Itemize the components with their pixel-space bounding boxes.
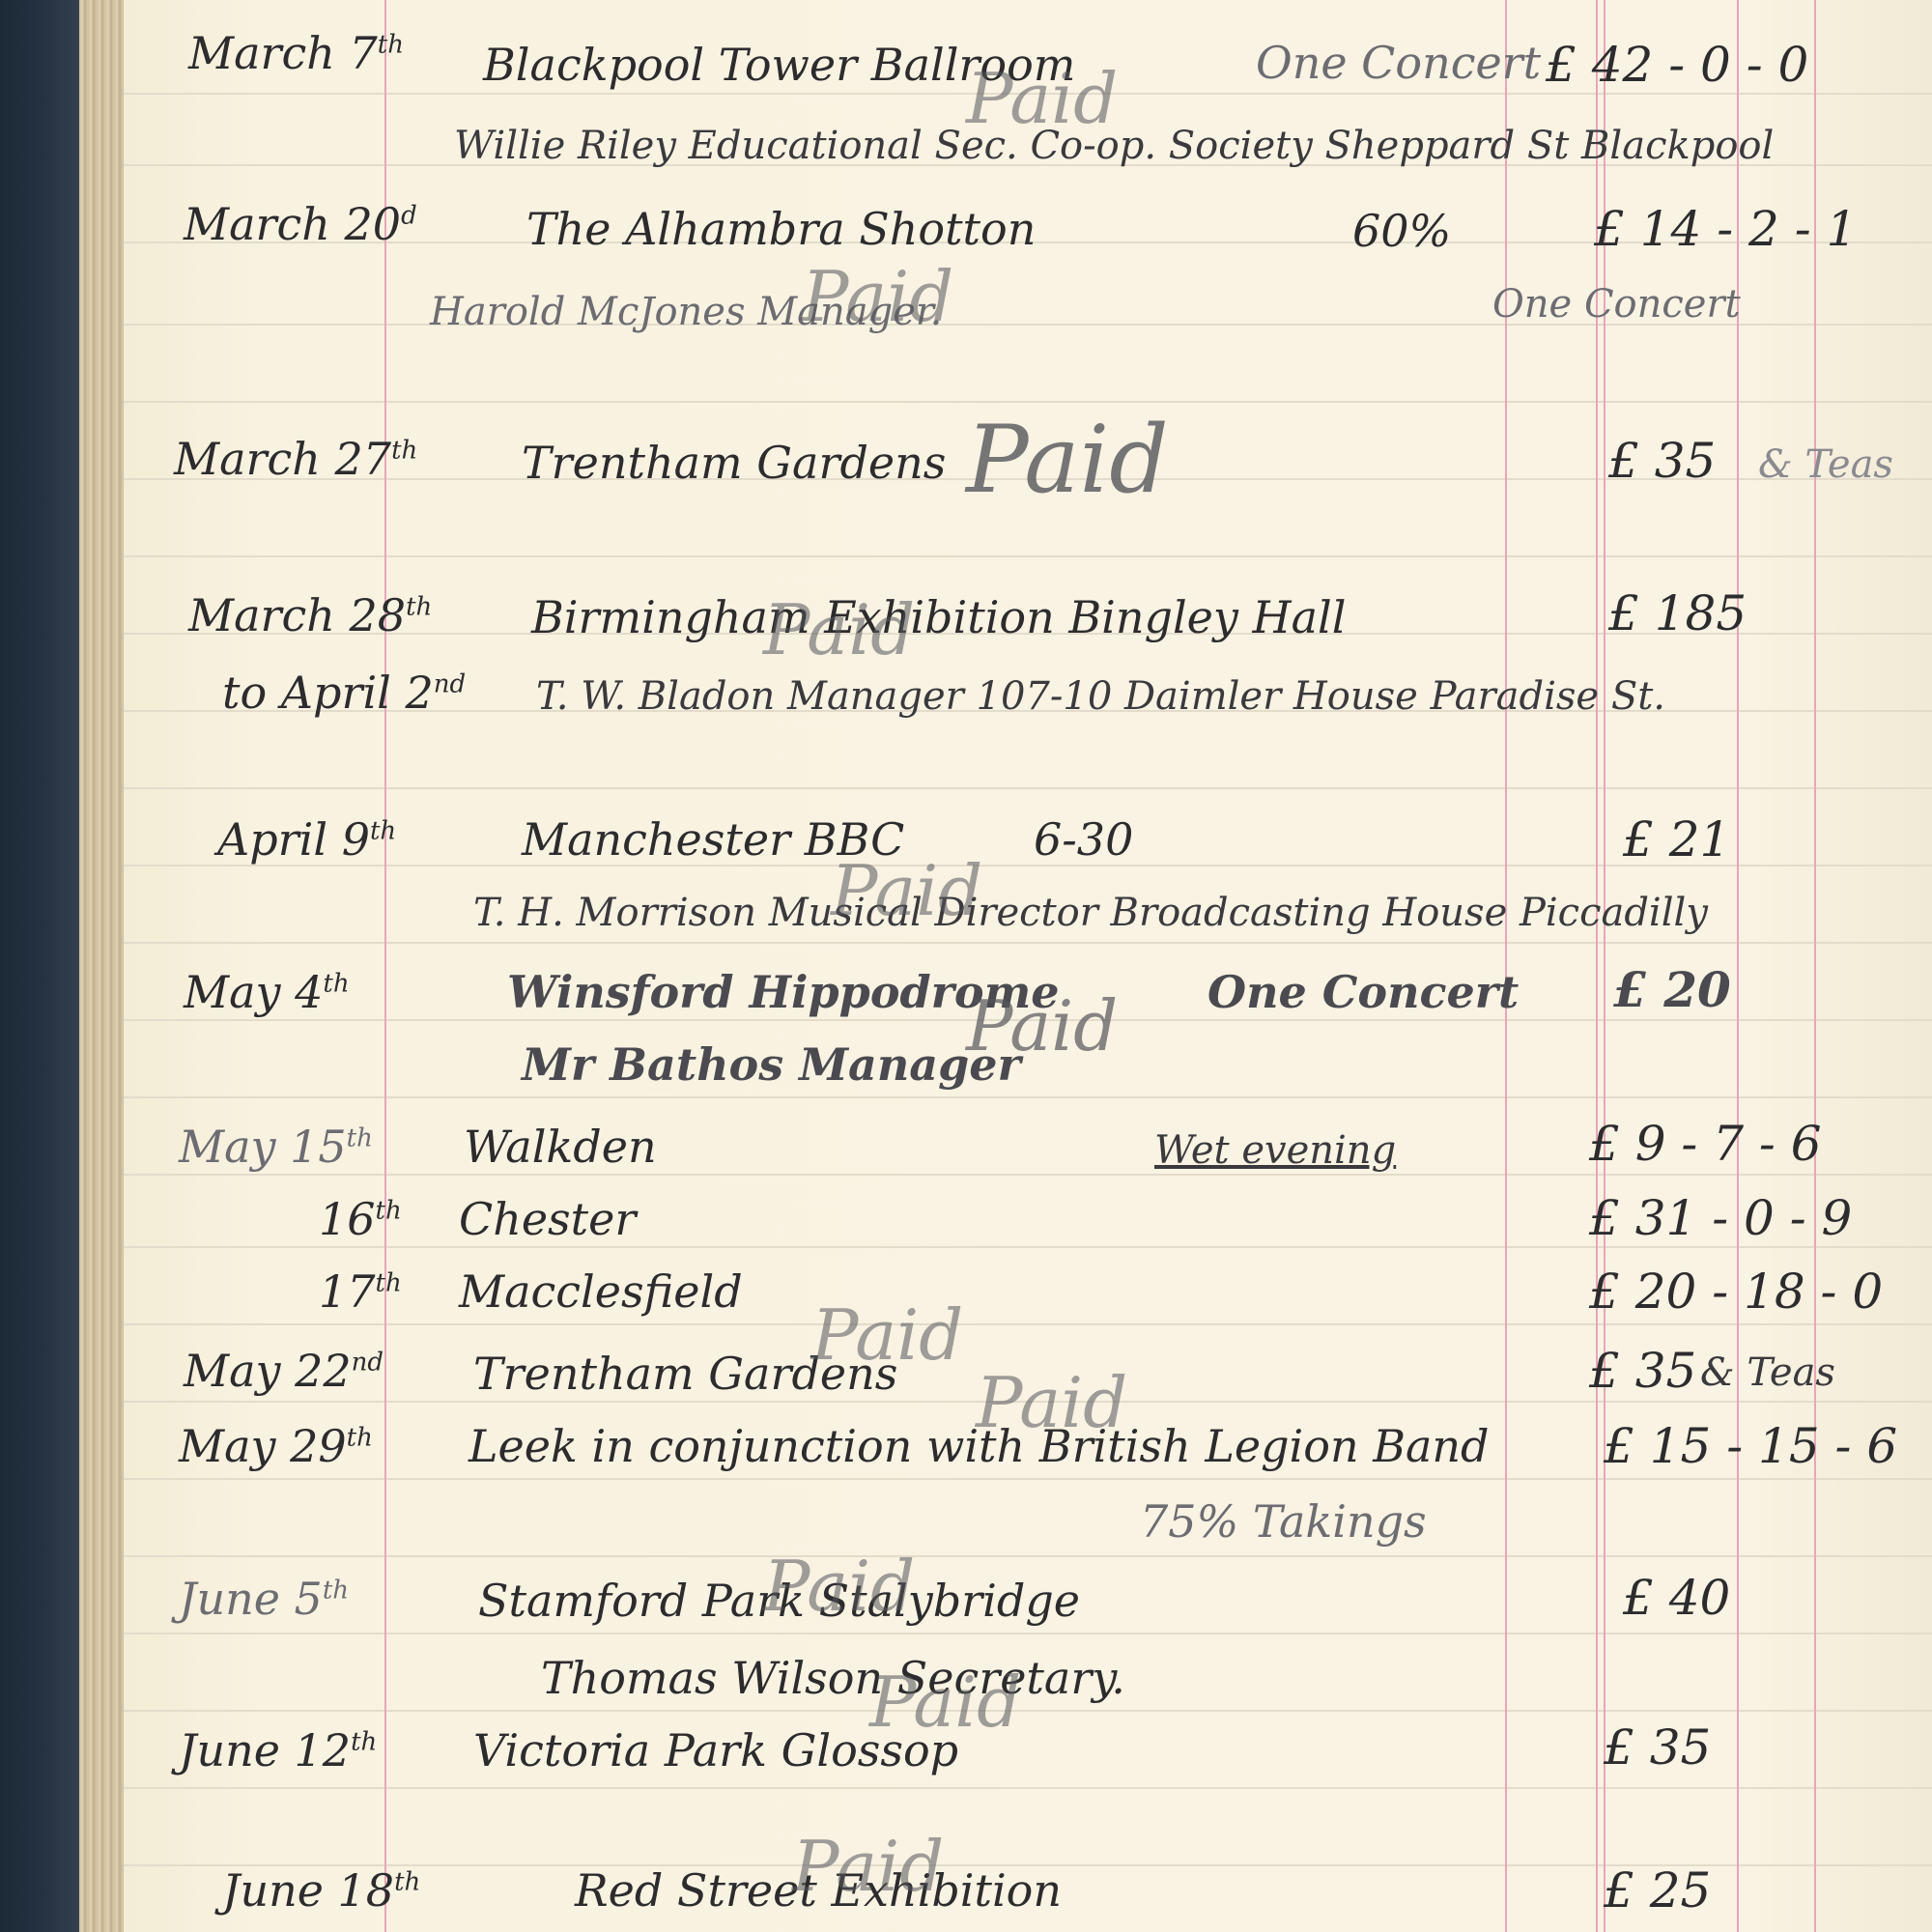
ruled-line	[124, 1478, 1932, 1480]
entry-date: May 15th	[179, 1121, 373, 1173]
entry-fee: £ 31 - 0 - 9	[1589, 1190, 1852, 1246]
entry-contact: T. H. Morrison Musical Director Broadcas…	[473, 891, 1708, 935]
entry-date: May 29th	[179, 1420, 373, 1472]
entry-fee: £ 15 - 15 - 6	[1604, 1418, 1897, 1474]
entry-venue: The Alhambra Shotton	[526, 203, 1036, 255]
paid-annotation: Paid	[966, 58, 1118, 139]
entry-fee: £ 20	[1613, 961, 1731, 1018]
entry-fee: £ 35	[1608, 433, 1716, 489]
paid-annotation: Paid	[792, 1826, 944, 1907]
entry-date: 17th	[319, 1265, 402, 1318]
paid-annotation: Paid	[763, 589, 915, 670]
ruled-line	[124, 1246, 1932, 1248]
entry-fee: £ 21	[1623, 811, 1730, 867]
paid-annotation: Paid	[763, 1546, 915, 1627]
entry-date-end: to April 2nd	[222, 667, 466, 719]
entry-date: June 18th	[222, 1864, 420, 1917]
entry-fee-note: & Teas	[1758, 442, 1893, 487]
paid-annotation: Paid	[811, 1294, 963, 1376]
entry-date: 16th	[319, 1193, 402, 1245]
entry-venue: Birmingham Exhibition Bingley Hall	[531, 591, 1346, 643]
entry-terms: 60%	[1352, 205, 1451, 257]
ruled-line	[124, 1096, 1932, 1098]
entry-contact: T. W. Bladon Manager 107-10 Daimler Hous…	[536, 674, 1665, 719]
entry-date: June 12th	[179, 1724, 377, 1776]
entry-venue: Trentham Gardens	[522, 437, 946, 489]
entry-date: March 28th	[188, 589, 432, 641]
entry-venue: Walkden	[464, 1121, 657, 1173]
ruled-line	[124, 1323, 1932, 1325]
entry-date: March 27th	[174, 433, 417, 485]
ruled-line	[124, 401, 1932, 403]
page-edges	[79, 0, 124, 1932]
entry-venue: Chester	[459, 1193, 636, 1245]
entry-date: May 4th	[184, 966, 350, 1018]
ruled-line	[124, 1633, 1932, 1634]
margin-line	[384, 0, 386, 1932]
entry-venue: Macclesfield	[459, 1265, 743, 1318]
entry-fee: £ 20 - 18 - 0	[1589, 1264, 1883, 1320]
entry-date: March 20d	[184, 198, 417, 250]
entry-fee: £ 40	[1623, 1570, 1730, 1626]
entry-fee: £ 14 - 2 - 1	[1594, 201, 1857, 257]
ruled-line	[124, 1555, 1932, 1557]
entry-date: June 5th	[179, 1573, 349, 1625]
entry-fee: £ 185	[1608, 585, 1747, 641]
entry-fee: £ 42 - 0 - 0	[1546, 37, 1808, 93]
book-binding	[0, 0, 79, 1932]
ruled-line	[124, 1787, 1932, 1789]
paid-annotation: Paid	[966, 406, 1169, 514]
entry-terms: 75% Takings	[1140, 1495, 1427, 1548]
entry-date: April 9th	[217, 813, 396, 866]
paid-annotation: Paid	[966, 985, 1118, 1066]
entry-fee: £ 35	[1589, 1343, 1696, 1399]
ruled-line	[124, 555, 1932, 557]
ruled-line	[124, 1174, 1932, 1176]
entry-fee: £ 9 - 7 - 6	[1589, 1116, 1822, 1172]
paid-annotation: Paid	[831, 850, 982, 931]
ruled-line	[124, 1710, 1932, 1712]
paid-annotation: Paid	[976, 1362, 1127, 1443]
paid-annotation: Paid	[802, 256, 953, 337]
entry-contact-terms: One Concert	[1492, 282, 1741, 327]
ruled-line	[124, 787, 1932, 789]
entry-terms: Wet evening	[1154, 1128, 1396, 1173]
entry-date: May 22nd	[184, 1345, 384, 1397]
entry-terms: 6-30	[1034, 813, 1133, 866]
paid-annotation: Paid	[869, 1662, 1021, 1743]
entry-contact: Mr Bathos Manager	[522, 1038, 1021, 1091]
entry-date: March 7th	[188, 27, 404, 79]
entry-terms: One Concert	[1207, 966, 1519, 1018]
entry-fee: £ 25	[1604, 1862, 1711, 1918]
entry-terms: One Concert	[1256, 37, 1541, 89]
entry-contact: Thomas Wilson Secretary.	[541, 1652, 1125, 1704]
entry-fee: £ 35	[1604, 1719, 1711, 1776]
entry-fee-note: & Teas	[1700, 1350, 1835, 1395]
column-line	[1814, 0, 1816, 1932]
ruled-line	[124, 942, 1932, 944]
